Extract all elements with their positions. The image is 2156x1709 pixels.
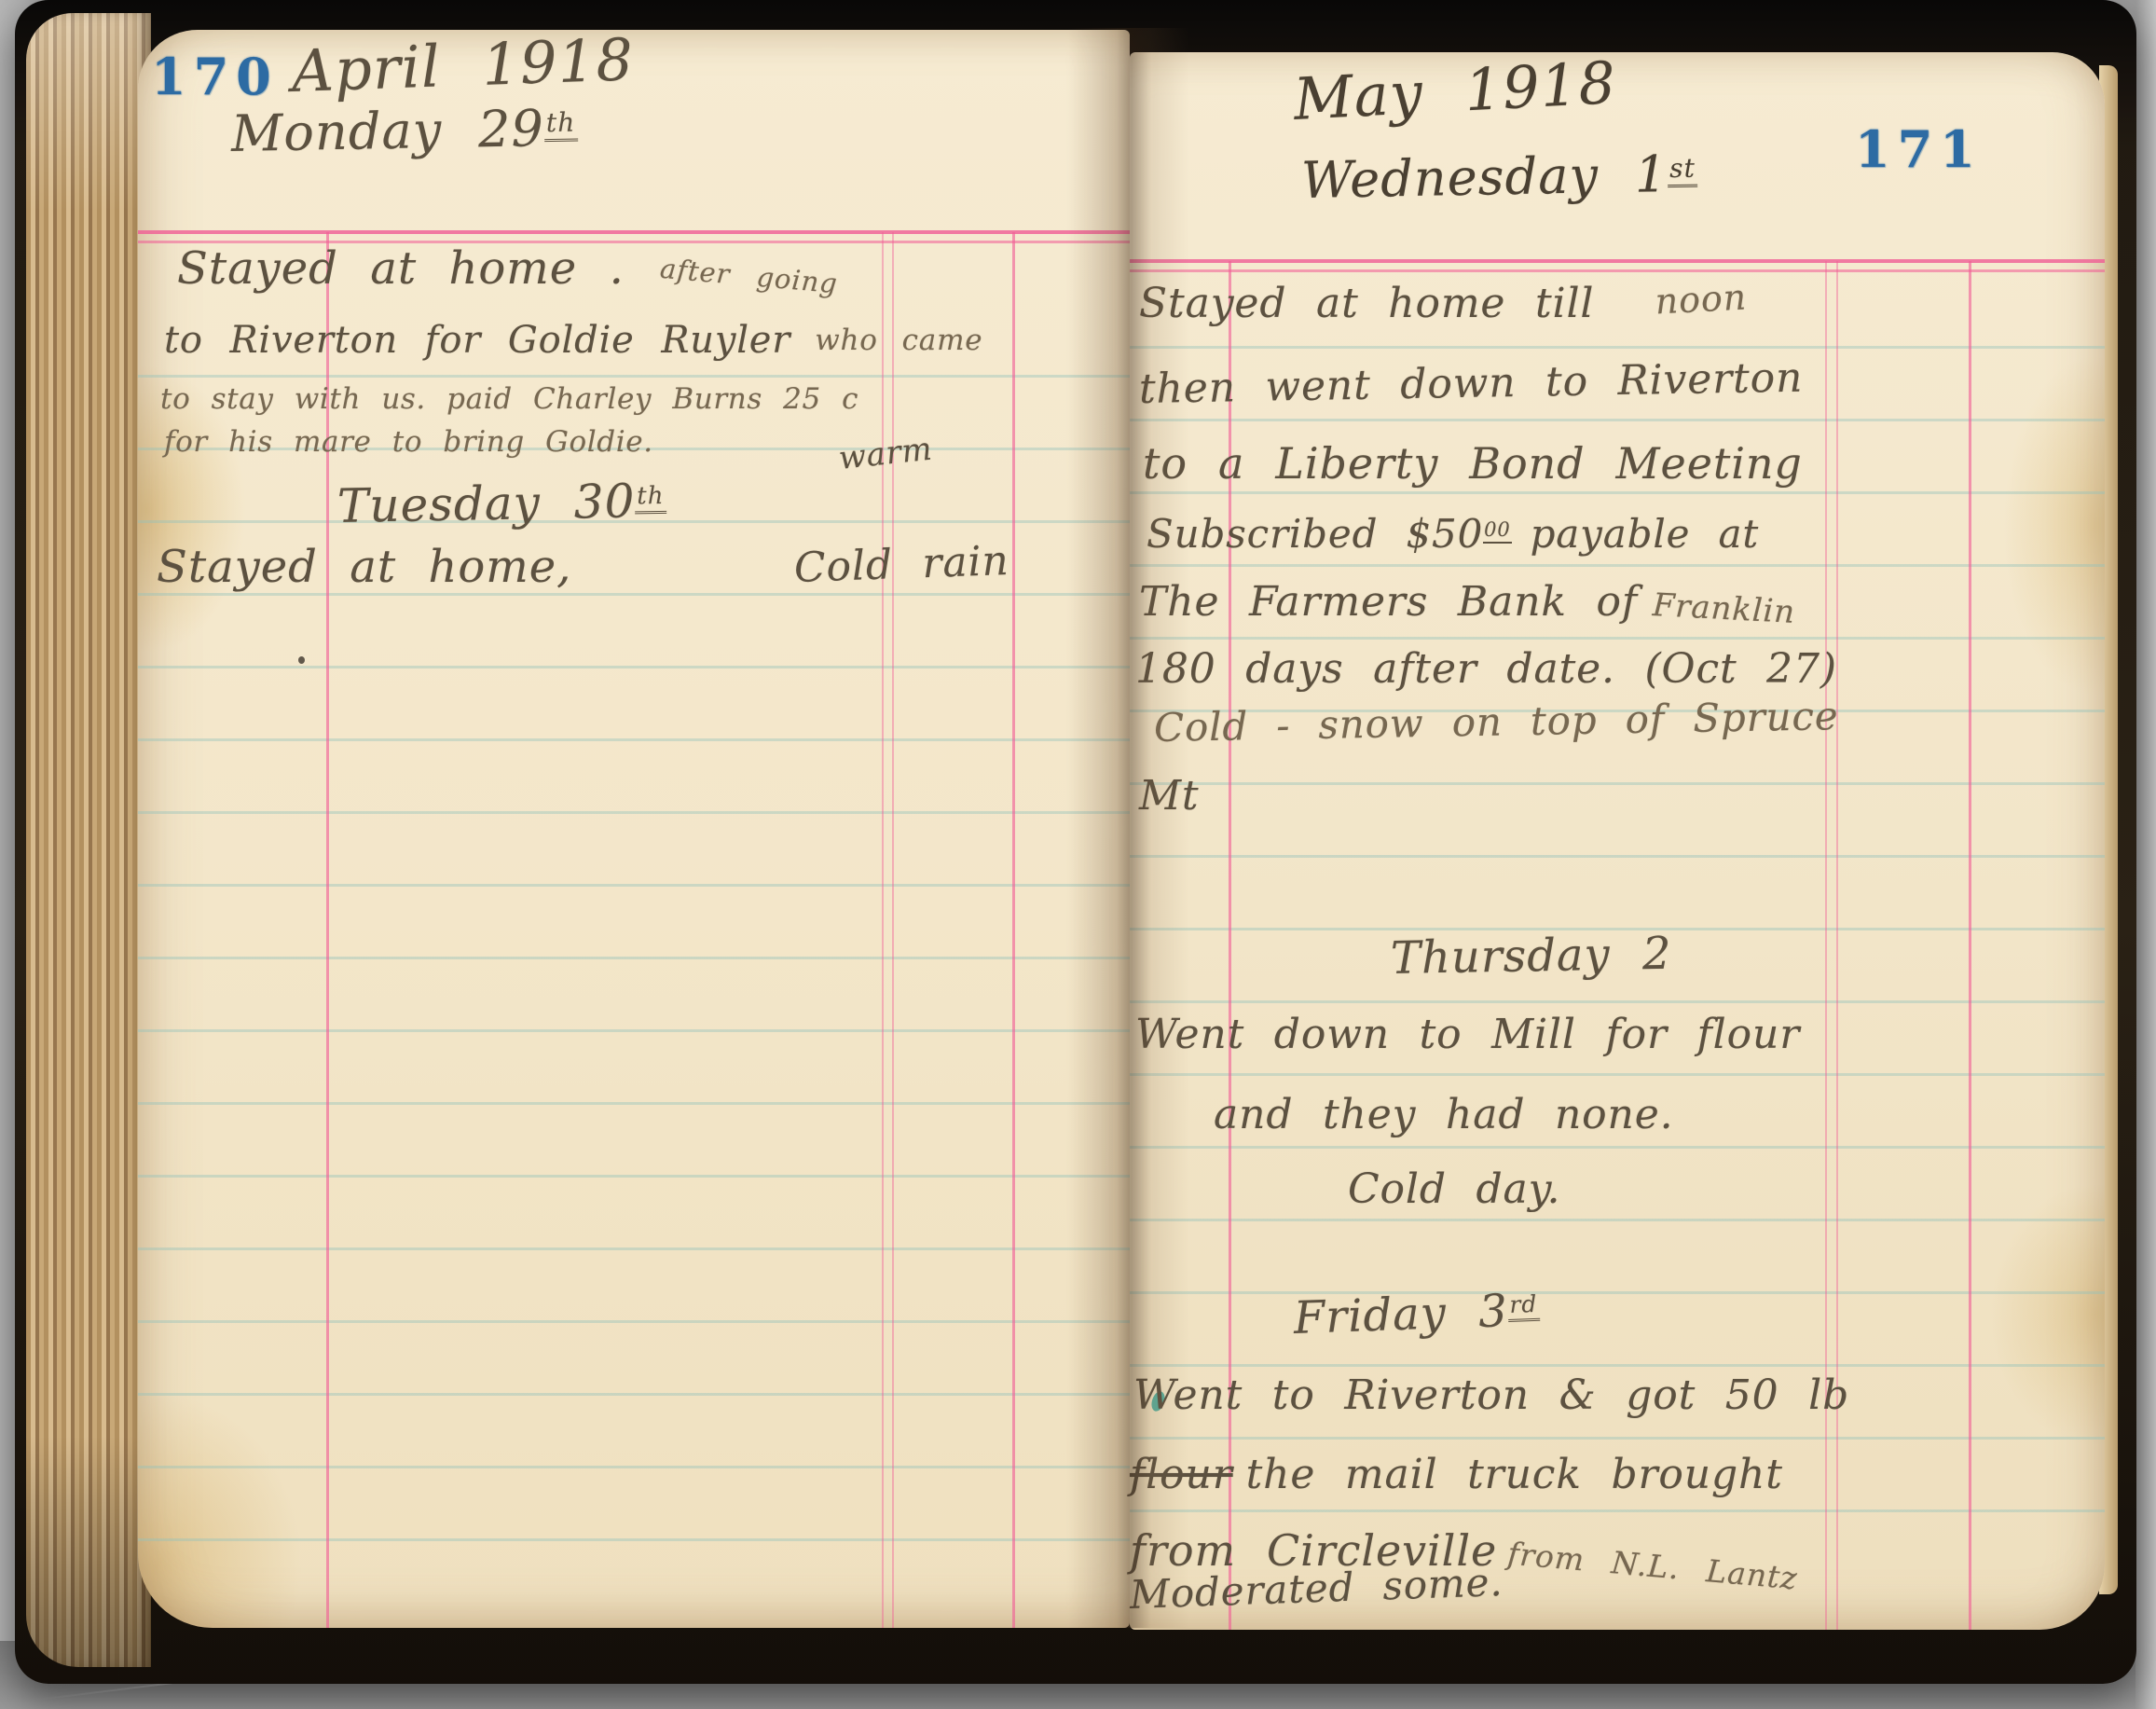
day-header-tuesday-suffix: th: [635, 482, 666, 515]
day-header-friday: Friday 3rd: [1293, 1284, 1540, 1344]
entry-note: warm: [837, 431, 934, 477]
day-header-friday-suffix: rd: [1507, 1290, 1540, 1322]
month-header-right: May 1918: [1292, 48, 1618, 133]
entry-line: Cold - snow on top of Spruce: [1154, 693, 1839, 751]
entry-note: who came: [815, 324, 982, 357]
header-rule-pink-thin: [1130, 269, 2105, 272]
entry-line: Went down to Mill for flour: [1135, 1011, 1800, 1058]
photo-background-right: [2135, 0, 2156, 1709]
entry-line: The Farmers Bank ofFranklin: [1139, 578, 1795, 626]
day-header-wednesday-suffix: st: [1668, 152, 1698, 187]
entry-line: for his mare to bring Goldie.: [164, 425, 653, 459]
entry-line: flourthe mail truck brought: [1130, 1451, 1783, 1498]
entry-line: Went to Riverton & got 50 lb: [1133, 1371, 1849, 1419]
entry-note: Franklin: [1652, 586, 1796, 631]
day-header-tuesday: Tuesday 30th: [336, 474, 666, 533]
day-header-monday: Monday 29th: [230, 99, 578, 163]
entry-text: to Riverton for Goldie Ruyler: [164, 319, 790, 362]
entry-line: Stayed at home tillnoon: [1139, 280, 1748, 327]
header-rule-pink: [138, 230, 1130, 234]
page-number-left: 170: [151, 47, 279, 106]
entry-text: payable at: [1531, 511, 1760, 557]
entry-line: 180 days after date. (Oct 27): [1135, 645, 1837, 693]
day-header-wednesday: Wednesday 1st: [1300, 145, 1697, 210]
entry-line: Stayed at home .after going: [177, 242, 838, 295]
entry-line: to Riverton for Goldie Ruylerwho came: [164, 319, 982, 362]
column-rule-double-a: [1825, 261, 1827, 1630]
diary-photo: 170 April 1918 Monday 29th Stayed at hom…: [0, 0, 2156, 1709]
page-number-right: 171: [1855, 119, 1983, 179]
entry-line: Mt: [1139, 772, 1200, 820]
left-page: 170 April 1918 Monday 29th Stayed at hom…: [138, 30, 1130, 1628]
entry-line: Subscribed $5000payable at: [1147, 511, 1759, 557]
page-edges-stack: [26, 13, 151, 1667]
entry-line: and they had none.: [1214, 1091, 1674, 1138]
day-header-friday-text: Friday 3: [1293, 1285, 1509, 1344]
entry-line: Cold day.: [1348, 1165, 1560, 1213]
entry-note: after going: [659, 253, 840, 300]
entry-text: The Farmers Bank of: [1139, 578, 1638, 626]
day-header-monday-suffix: th: [544, 106, 578, 142]
month-header-left: April 1918: [291, 25, 636, 105]
entry-text: Subscribed $50: [1147, 511, 1483, 557]
column-rule-double-b: [1836, 261, 1838, 1630]
right-page: May 1918 171 Wednesday 1st Stayed at hom…: [1130, 52, 2105, 1630]
entry-superscript: 00: [1483, 518, 1511, 544]
day-header-wednesday-text: Wednesday 1: [1300, 145, 1668, 210]
header-rule-pink: [1130, 259, 2105, 263]
entry-line: to a Liberty Bond Meeting: [1143, 438, 1803, 489]
entry-line: Stayed at home,: [157, 541, 571, 593]
column-rule-single: [1012, 232, 1015, 1628]
entry-note: from N.L. Lantz: [1506, 1535, 1799, 1596]
column-rule-single: [1969, 261, 1971, 1630]
entry-line: then went down to Riverton: [1139, 354, 1804, 413]
day-header-thursday: Thursday 2: [1391, 928, 1672, 985]
entry-text: Stayed at home .: [177, 242, 625, 295]
entry-text: the mail truck brought: [1246, 1451, 1783, 1498]
ink-dot: [298, 656, 305, 664]
entry-note: Cold rain: [793, 537, 1009, 592]
day-header-monday-text: Monday 29: [230, 99, 544, 163]
entry-note: noon: [1655, 276, 1748, 322]
day-header-tuesday-text: Tuesday 30: [336, 474, 635, 533]
entry-text: Stayed at home till: [1139, 280, 1594, 327]
entry-text-struck: flour: [1130, 1451, 1233, 1498]
entry-line: to stay with us. paid Charley Burns 25 c: [160, 382, 858, 416]
